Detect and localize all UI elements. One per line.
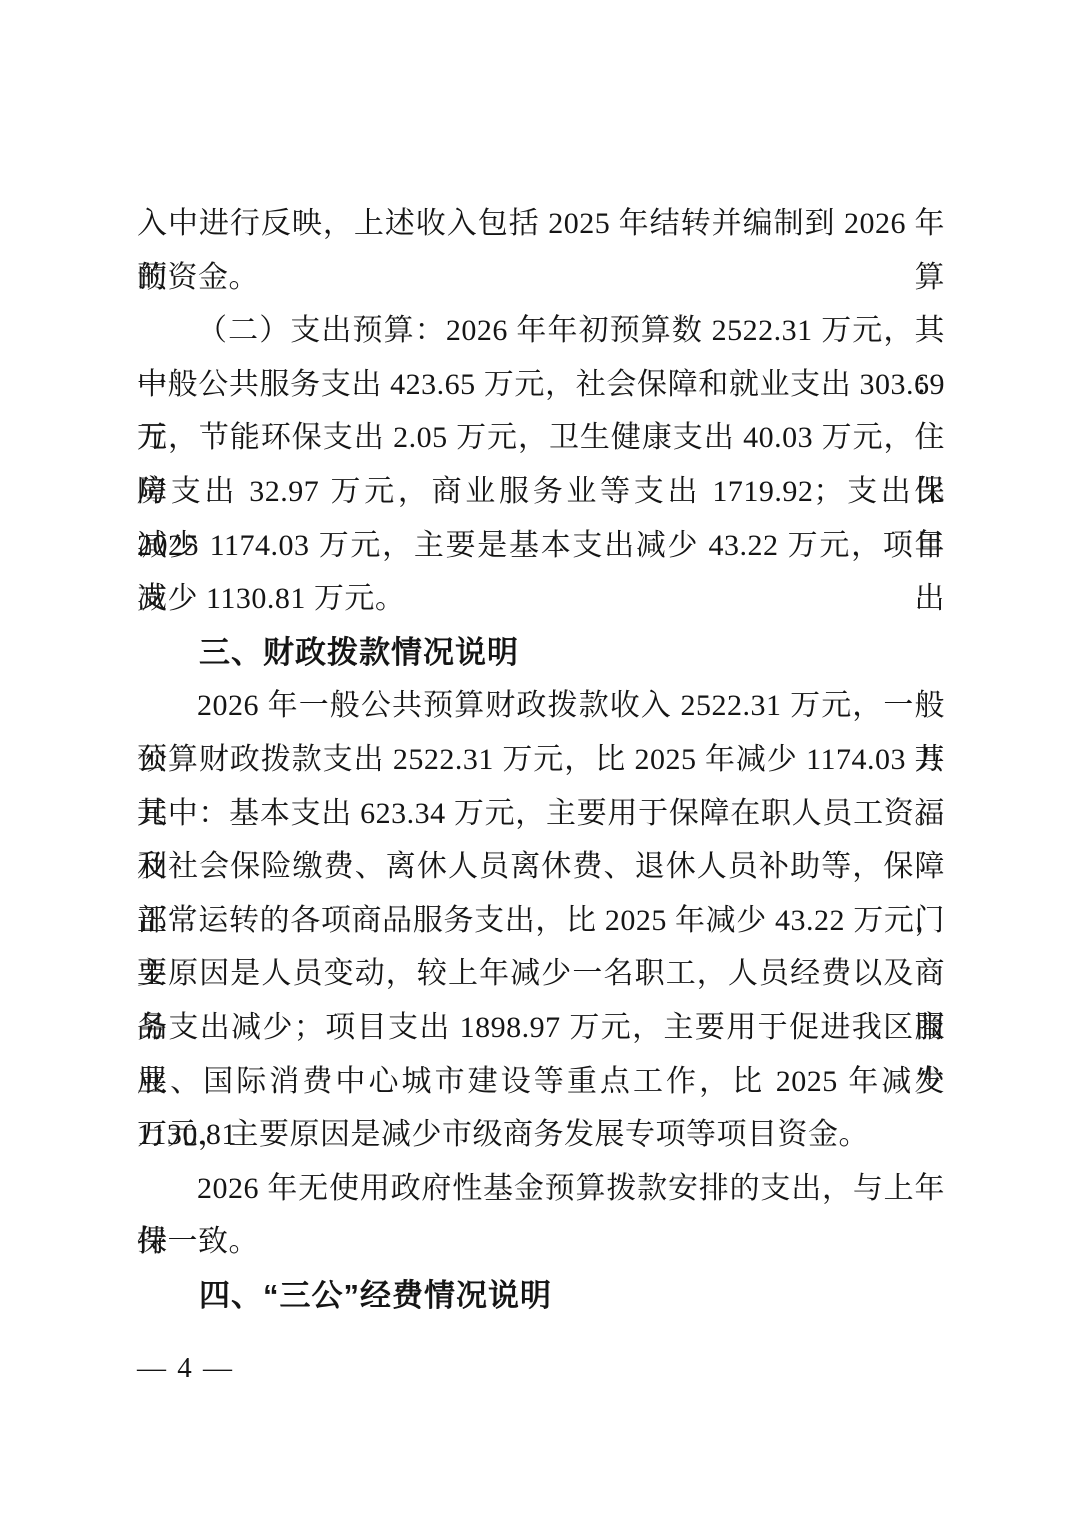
text-line: 持一致。 xyxy=(137,1215,945,1269)
text-line: 元，节能环保支出 2.05 万元，卫生健康支出 40.03 万元，住房保 xyxy=(137,411,945,465)
text-line: 正常运转的各项商品服务支出，比 2025 年减少 43.22 万元，主 xyxy=(137,894,945,948)
text-line: 障支出 32.97 万元，商业服务业等支出 1719.92；支出比 2025 年 xyxy=(137,465,945,519)
text-line: 预算财政拨款支出 2522.31 万元，比 2025 年减少 1174.03 万… xyxy=(137,733,945,787)
text-line: 展、国际消费中心城市建设等重点工作，比 2025 年减少 1130.81 xyxy=(137,1055,945,1109)
text-line: 万元，主要原因是减少市级商务发展专项等项目资金。 xyxy=(137,1108,945,1162)
document-page: 入中进行反映，上述收入包括 2025 年结转并编制到 2026 年预算 的资金。… xyxy=(0,0,1074,1520)
text-line: 其中：基本支出 623.34 万元，主要用于保障在职人员工资福利 xyxy=(137,787,945,841)
text-line: 入中进行反映，上述收入包括 2025 年结转并编制到 2026 年预算 xyxy=(137,197,945,251)
text-line: 要原因是人员变动，较上年减少一名职工，人员经费以及商品服 xyxy=(137,947,945,1001)
page-number: — 4 — xyxy=(137,1347,234,1389)
text-line: 2026 年无使用政府性基金预算拨款安排的支出，与上年保 xyxy=(137,1162,945,1216)
text-line: 务支出减少；项目支出 1898.97 万元，主要用于促进我区商业发 xyxy=(137,1001,945,1055)
document-body: 入中进行反映，上述收入包括 2025 年结转并编制到 2026 年预算 的资金。… xyxy=(137,197,945,1322)
text-line: （二）支出预算：2026 年年初预算数 2522.31 万元，其中： xyxy=(137,304,945,358)
text-line: 2026 年一般公共预算财政拨款收入 2522.31 万元，一般公共 xyxy=(137,679,945,733)
text-line: 减少 1174.03 万元，主要是基本支出减少 43.22 万元，项目支出 xyxy=(137,519,945,573)
section-heading-4: 四、“三公”经费情况说明 xyxy=(137,1269,945,1323)
section-heading-3: 三、财政拨款情况说明 xyxy=(137,626,945,680)
paragraph-label-kaiti: （二）支出预算： xyxy=(197,314,446,347)
text-line: 一般公共服务支出 423.65 万元，社会保障和就业支出 303.69 万 xyxy=(137,358,945,412)
text-line: 及社会保险缴费、离休人员离休费、退休人员补助等，保障部门 xyxy=(137,840,945,894)
